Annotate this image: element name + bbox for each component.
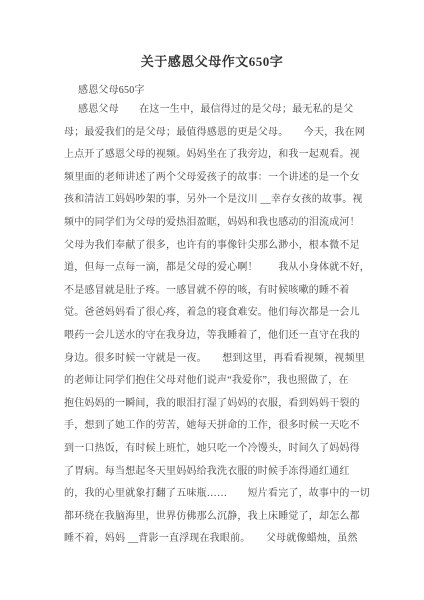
essay-line: 到一口热饭，有时候上班忙，她只吃一个冷馒头，时间久了妈妈得: [64, 438, 374, 461]
essay-body: 感恩父母 在这一生中，最信得过的是父母；最无私的是父母；最爱我们的是父母；最值得…: [64, 99, 374, 551]
essay-line: 频里面的老师讲述了两个父母爱孩子的故事：一个讲述的是一个女: [64, 167, 374, 190]
essay-line: 身边。很多时候一守就是一夜。 想到这里，再看看视频，视频里: [64, 348, 374, 371]
essay-line: 道，但每一点每一滴，都是父母的爱心啊！ 我从小身体就不好，: [64, 257, 374, 280]
document-title: 关于感恩父母作文650字: [0, 53, 424, 71]
essay-line: 不是感冒就是肚子疼。一感冒就不停的咳，有时候咳嗽的睡不着: [64, 280, 374, 303]
essay-line: 都环绕在我脑海里，世界仿佛那么沉静，我上床睡觉了，却怎么都: [64, 506, 374, 529]
essay-line: 抱住妈妈的一瞬间，我的眼泪打湿了妈妈的衣服，看到妈妈干裂的: [64, 393, 374, 416]
document-page: 关于感恩父母作文650字 感恩父母650字 感恩父母 在这一生中，最信得过的是父…: [0, 0, 424, 600]
essay-line: 睡不着，妈妈 __背影一直浮现在我眼前。 父母就像蜡烛，虽然: [64, 528, 374, 551]
essay-line: 了胃病。每当想起冬天里妈妈给我洗衣服的时候手冻得通红通红: [64, 461, 374, 484]
essay-line: 频中的同学们为父母的爱热泪盈眶，妈妈和我也感动的泪流成河！: [64, 212, 374, 235]
essay-line: 手，想到了她工作的劳苦，她每天拼命的工作，很多时候一天吃不: [64, 415, 374, 438]
essay-line: 的老师让同学们抱住父母对他们说声“我爱你”，我也照做了，在: [64, 370, 374, 393]
essay-line: 上点开了感恩父母的视频。妈妈坐在了我旁边，和我一起观看。视: [64, 144, 374, 167]
essay-line: 感恩父母 在这一生中，最信得过的是父母；最无私的是父: [64, 99, 374, 122]
essay-line: 母；最爱我们的是父母；最值得感恩的更是父母。 今天，我在网: [64, 122, 374, 145]
essay-line: 的，我的心里就象打翻了五味瓶…… 短片看完了，故事中的一切: [64, 483, 374, 506]
essay-line: 喂药一会儿送水的守在我身边，等我睡着了，他们还一直守在我的: [64, 325, 374, 348]
essay-line: 父母为我们奉献了很多，也许有的事像针尖那么渺小，根本微不足: [64, 235, 374, 258]
essay-line: 孩和清洁工妈妈吵架的事，另外一个是汶川 __幸存女孩的故事。视: [64, 189, 374, 212]
essay-line: 觉。爸爸妈妈看了很心疼，着急的寝食难安。他们每次都是一会儿: [64, 302, 374, 325]
